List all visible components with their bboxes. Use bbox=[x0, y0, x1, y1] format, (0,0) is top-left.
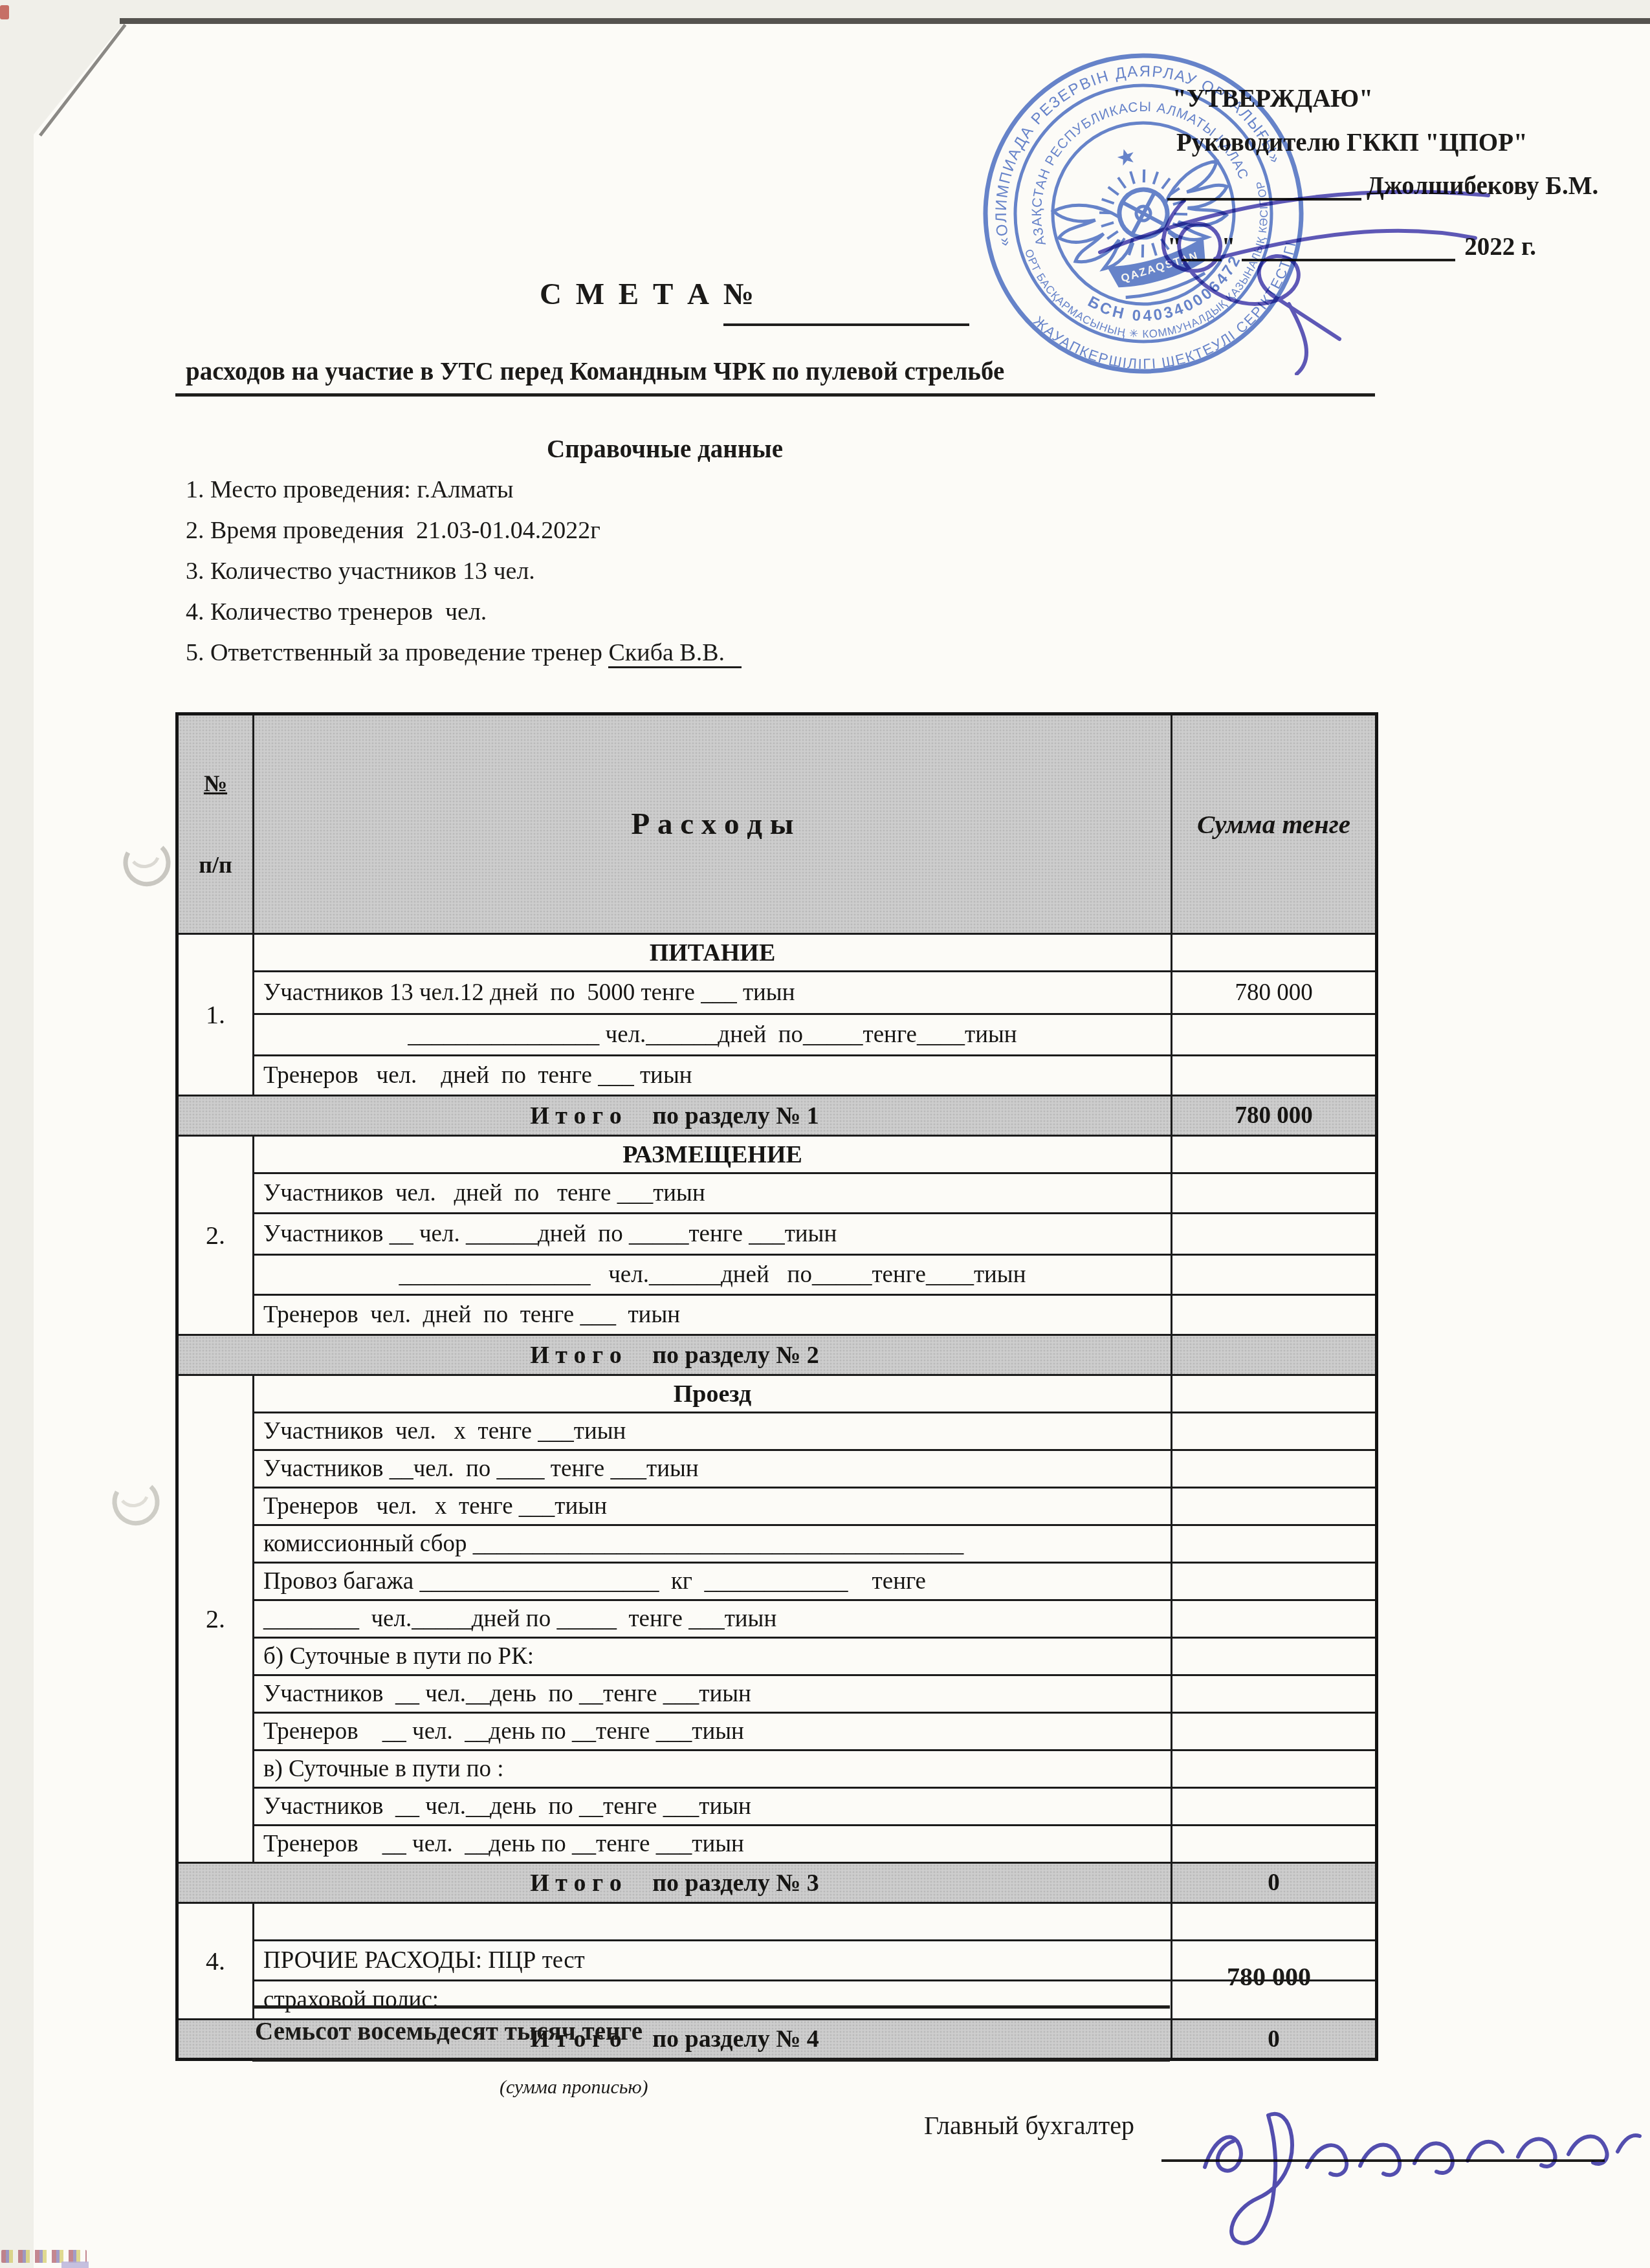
expense-row-text: ________________ чел.______дней по_____т… bbox=[254, 1255, 1172, 1295]
document-subtitle: расходов на участие в УТС перед Командны… bbox=[186, 357, 1004, 386]
expense-row-text: б) Суточные в пути по РК: bbox=[254, 1638, 1172, 1675]
expense-row-text: Участников __ чел.__день по __тенге ___т… bbox=[254, 1788, 1172, 1826]
sum-cell bbox=[1172, 1788, 1377, 1826]
reference-item: 2. Время проведения 21.03-01.04.2022г bbox=[186, 516, 600, 545]
document-title: С М Е Т А № bbox=[540, 277, 757, 312]
col-header-number: № п/п bbox=[177, 714, 254, 934]
amount-words-underline bbox=[252, 2058, 1170, 2062]
accountant-label: Главный бухгалтер bbox=[924, 2110, 1134, 2141]
punch-hole-icon bbox=[118, 836, 173, 895]
section1-total-label: И т о г о по разделу № 1 bbox=[177, 1096, 1172, 1136]
expense-row-text: страховой полис: bbox=[254, 1981, 1172, 2020]
reference-item: 5. Ответственный за проведение тренер Ск… bbox=[186, 638, 742, 667]
section2-total-label: И т о г о по разделу № 2 bbox=[177, 1335, 1172, 1375]
col-header-no-sign: № bbox=[188, 770, 243, 797]
sum-cell bbox=[1172, 1014, 1377, 1056]
sum-cell bbox=[1172, 1600, 1377, 1638]
reference-item: 4. Количество тренеров чел. bbox=[186, 598, 487, 626]
expense-row-text: Тренеров __ чел. __день по __тенге ___ти… bbox=[254, 1826, 1172, 1863]
section1-title: ПИТАНИЕ bbox=[254, 934, 1172, 972]
amount-words-topline bbox=[252, 2005, 1170, 2009]
scan-top-edge bbox=[120, 18, 1650, 24]
sum-cell bbox=[1172, 1295, 1377, 1335]
scanned-document-page: "УТВЕРЖДАЮ" Руководителю ГККП "ЦПОР" Джо… bbox=[0, 0, 1650, 2268]
sum-cell bbox=[1172, 1903, 1377, 1941]
expense-row-text: ПРОЧИЕ РАСХОДЫ: ПЦР тест bbox=[254, 1941, 1172, 1981]
reference-heading: Справочные данные bbox=[547, 435, 783, 464]
punch-hole-icon bbox=[107, 1475, 162, 1534]
director-signature bbox=[1061, 155, 1514, 375]
sum-cell: 780 000 bbox=[1172, 972, 1377, 1014]
section3-number: 2. bbox=[177, 1375, 254, 1863]
expense-row-text: Участников 13 чел.12 дней по 5000 тенге … bbox=[254, 972, 1172, 1014]
sum-cell bbox=[1172, 1750, 1377, 1788]
amount-caption: (сумма прописью) bbox=[500, 2077, 648, 2099]
sum-cell bbox=[1172, 1713, 1377, 1750]
expense-row-text: Тренеров чел. х тенге ___тиын bbox=[254, 1488, 1172, 1525]
scan-artifact bbox=[0, 5, 9, 19]
expense-row-text: Провоз багажа ____________________ кг __… bbox=[254, 1563, 1172, 1600]
expense-row-text bbox=[254, 1903, 1172, 1941]
title-number-line bbox=[723, 323, 969, 326]
expense-row-text: комиссионный сбор ______________________… bbox=[254, 1525, 1172, 1563]
sum-cell bbox=[1172, 1826, 1377, 1863]
expense-row-text: ________________ чел.______дней по_____т… bbox=[254, 1014, 1172, 1056]
expense-row-text: Тренеров __ чел. __день по __тенге ___ти… bbox=[254, 1713, 1172, 1750]
reference-item: 3. Количество участников 13 чел. bbox=[186, 557, 535, 585]
sum-cell bbox=[1172, 1525, 1377, 1563]
sum-cell bbox=[1172, 934, 1377, 972]
section1-number: 1. bbox=[177, 934, 254, 1096]
section2-number: 2. bbox=[177, 1136, 254, 1335]
responsible-trainer-name: Скиба В.В. bbox=[608, 639, 742, 668]
sum-cell bbox=[1172, 1136, 1377, 1173]
expense-row-text: Участников чел. х тенге ___тиын bbox=[254, 1413, 1172, 1450]
sum-cell bbox=[1172, 1563, 1377, 1600]
accountant-signature bbox=[1171, 2018, 1650, 2264]
sum-cell bbox=[1172, 1056, 1377, 1096]
sum-cell bbox=[1172, 1488, 1377, 1525]
expense-row-text: ________ чел._____дней по _____ тенге __… bbox=[254, 1600, 1172, 1638]
scan-artifact bbox=[1, 2250, 87, 2263]
expense-row-text: Тренеров чел. дней по тенге ___ тиын bbox=[254, 1056, 1172, 1096]
section3-total-label: И т о г о по разделу № 3 bbox=[177, 1863, 1172, 1903]
section1-total-sum: 780 000 bbox=[1172, 1096, 1377, 1136]
section3-total-sum: 0 bbox=[1172, 1863, 1377, 1903]
col-header-sum: Сумма тенге bbox=[1172, 714, 1377, 934]
sum-cell bbox=[1172, 1173, 1377, 1214]
expense-row-text: Участников __ чел. ______дней по _____те… bbox=[254, 1214, 1172, 1255]
sum-cell bbox=[1172, 1450, 1377, 1488]
col-header-pp: п/п bbox=[188, 851, 243, 878]
expense-row-text: Участников чел. дней по тенге ___тиын bbox=[254, 1173, 1172, 1214]
section2-title: РАЗМЕЩЕНИЕ bbox=[254, 1136, 1172, 1173]
expense-row-text: Тренеров чел. дней по тенге ___ тиын bbox=[254, 1295, 1172, 1335]
sum-cell bbox=[1172, 1675, 1377, 1713]
sum-cell bbox=[1172, 1255, 1377, 1295]
subtitle-underline bbox=[175, 393, 1375, 397]
section4-number: 4. bbox=[177, 1903, 254, 2020]
section2-total-sum bbox=[1172, 1335, 1377, 1375]
sum-cell bbox=[1172, 1638, 1377, 1675]
grand-total: 780 000 bbox=[1227, 1961, 1311, 1992]
scan-artifact bbox=[61, 2262, 89, 2268]
sum-cell bbox=[1172, 1214, 1377, 1255]
expenses-table: № п/п Р а с х о д ы Сумма тенге 1. ПИТАН… bbox=[175, 712, 1378, 2061]
expense-row-text: в) Суточные в пути по : bbox=[254, 1750, 1172, 1788]
reference-item: 1. Место проведения: г.Алматы bbox=[186, 475, 513, 504]
reference-item5-text: 5. Ответственный за проведение тренер bbox=[186, 639, 608, 666]
expense-row-text: Участников __ чел.__день по __тенге ___т… bbox=[254, 1675, 1172, 1713]
section3-title: Проезд bbox=[254, 1375, 1172, 1413]
expense-row-text: Участников __чел. по ____ тенге ___тиын bbox=[254, 1450, 1172, 1488]
sum-cell bbox=[1172, 1413, 1377, 1450]
amount-in-words: Семьсот восемьдесят тысяч тенге bbox=[255, 2017, 643, 2046]
sum-cell bbox=[1172, 1375, 1377, 1413]
col-header-expenses: Р а с х о д ы bbox=[254, 714, 1172, 934]
